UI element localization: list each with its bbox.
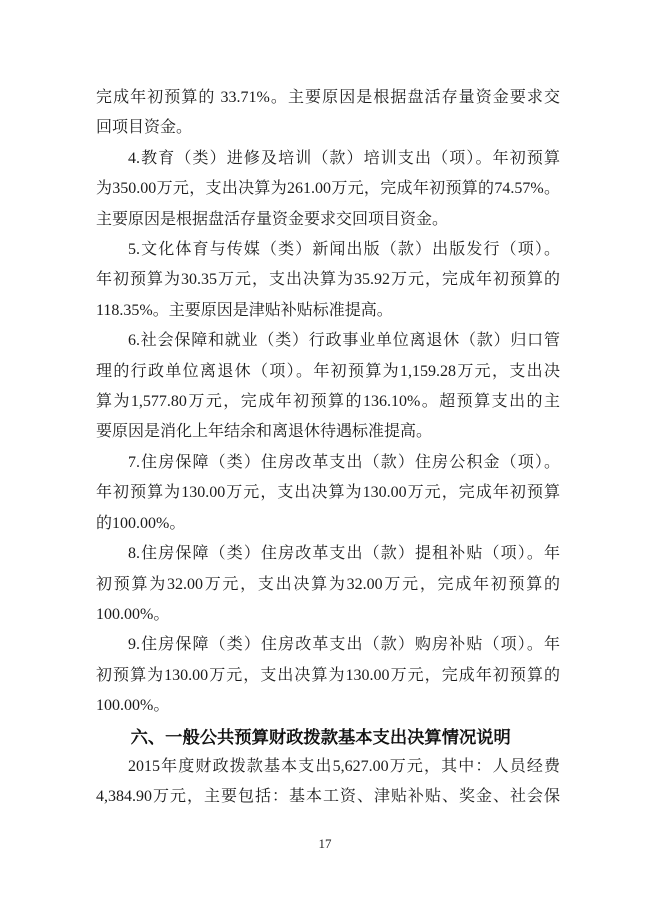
text-line: 年初预算为130.00万元，支出决算为130.00万元，完成年初预算 [96, 478, 560, 508]
text-line: 初预算为130.00万元，支出决算为130.00万元，完成年初预算的 [96, 661, 560, 691]
text-line: 的100.00%。 [96, 509, 560, 539]
para-item-8: 8.住房保障（类）住房改革支出（款）提租补贴（项）。年初预算为32.00万元，支… [96, 539, 560, 630]
text-line: 年初预算为30.35万元，支出决算为35.92万元，完成年初预算的 [96, 265, 560, 295]
para-section-6-intro: 2015年度财政拨款基本支出5,627.00万元，其中：人员经费4,384.90… [96, 752, 560, 813]
text-line: 4,384.90万元，主要包括：基本工资、津贴补贴、奖金、社会保 [96, 782, 560, 812]
para-item-5: 5.文化体育与传媒（类）新闻出版（款）出版发行（项）。年初预算为30.35万元，… [96, 235, 560, 326]
text-line: 回项目资金。 [96, 113, 560, 143]
text-line: 4.教育（类）进修及培训（款）培训支出（项）。年初预算 [96, 144, 560, 174]
text-line: 为350.00万元，支出决算为261.00万元，完成年初预算的74.57%。 [96, 174, 560, 204]
text-line: 100.00%。 [96, 600, 560, 630]
text-line: 理的行政单位离退休（项）。年初预算为1,159.28万元，支出决 [96, 357, 560, 387]
text-line: 算为1,577.80万元，完成年初预算的136.10%。超预算支出的主 [96, 387, 560, 417]
document-body: 完成年初预算的 33.71%。主要原因是根据盘活存量资金要求交回项目资金。4.教… [96, 83, 560, 813]
text-line: 主要原因是根据盘活存量资金要求交回项目资金。 [96, 205, 560, 235]
para-item-4: 4.教育（类）进修及培训（款）培训支出（项）。年初预算为350.00万元，支出决… [96, 144, 560, 235]
heading-line: 六、一般公共预算财政拨款基本支出决算情况说明 [96, 722, 560, 752]
text-line: 100.00%。 [96, 691, 560, 721]
text-line: 2015年度财政拨款基本支出5,627.00万元，其中：人员经费 [96, 752, 560, 782]
para-item-6: 6.社会保障和就业（类）行政事业单位离退休（款）归口管理的行政单位离退休（项）。… [96, 326, 560, 448]
text-line: 完成年初预算的 33.71%。主要原因是根据盘活存量资金要求交 [96, 83, 560, 113]
text-line: 118.35%。主要原因是津贴补贴标准提高。 [96, 296, 560, 326]
text-line: 5.文化体育与传媒（类）新闻出版（款）出版发行（项）。 [96, 235, 560, 265]
section-heading-6: 六、一般公共预算财政拨款基本支出决算情况说明 [96, 722, 560, 752]
para-item-3-continuation: 完成年初预算的 33.71%。主要原因是根据盘活存量资金要求交回项目资金。 [96, 83, 560, 144]
text-line: 要原因是消化上年结余和离退休待遇标准提高。 [96, 417, 560, 447]
document-page: 完成年初预算的 33.71%。主要原因是根据盘活存量资金要求交回项目资金。4.教… [0, 0, 650, 919]
para-item-9: 9.住房保障（类）住房改革支出（款）购房补贴（项）。年初预算为130.00万元，… [96, 630, 560, 721]
text-line: 6.社会保障和就业（类）行政事业单位离退休（款）归口管 [96, 326, 560, 356]
text-line: 8.住房保障（类）住房改革支出（款）提租补贴（项）。年 [96, 539, 560, 569]
text-line: 9.住房保障（类）住房改革支出（款）购房补贴（项）。年 [96, 630, 560, 660]
para-item-7: 7.住房保障（类）住房改革支出（款）住房公积金（项）。年初预算为130.00万元… [96, 448, 560, 539]
text-line: 初预算为32.00万元，支出决算为32.00万元，完成年初预算的 [96, 570, 560, 600]
page-number: 17 [0, 836, 650, 852]
text-line: 7.住房保障（类）住房改革支出（款）住房公积金（项）。 [96, 448, 560, 478]
